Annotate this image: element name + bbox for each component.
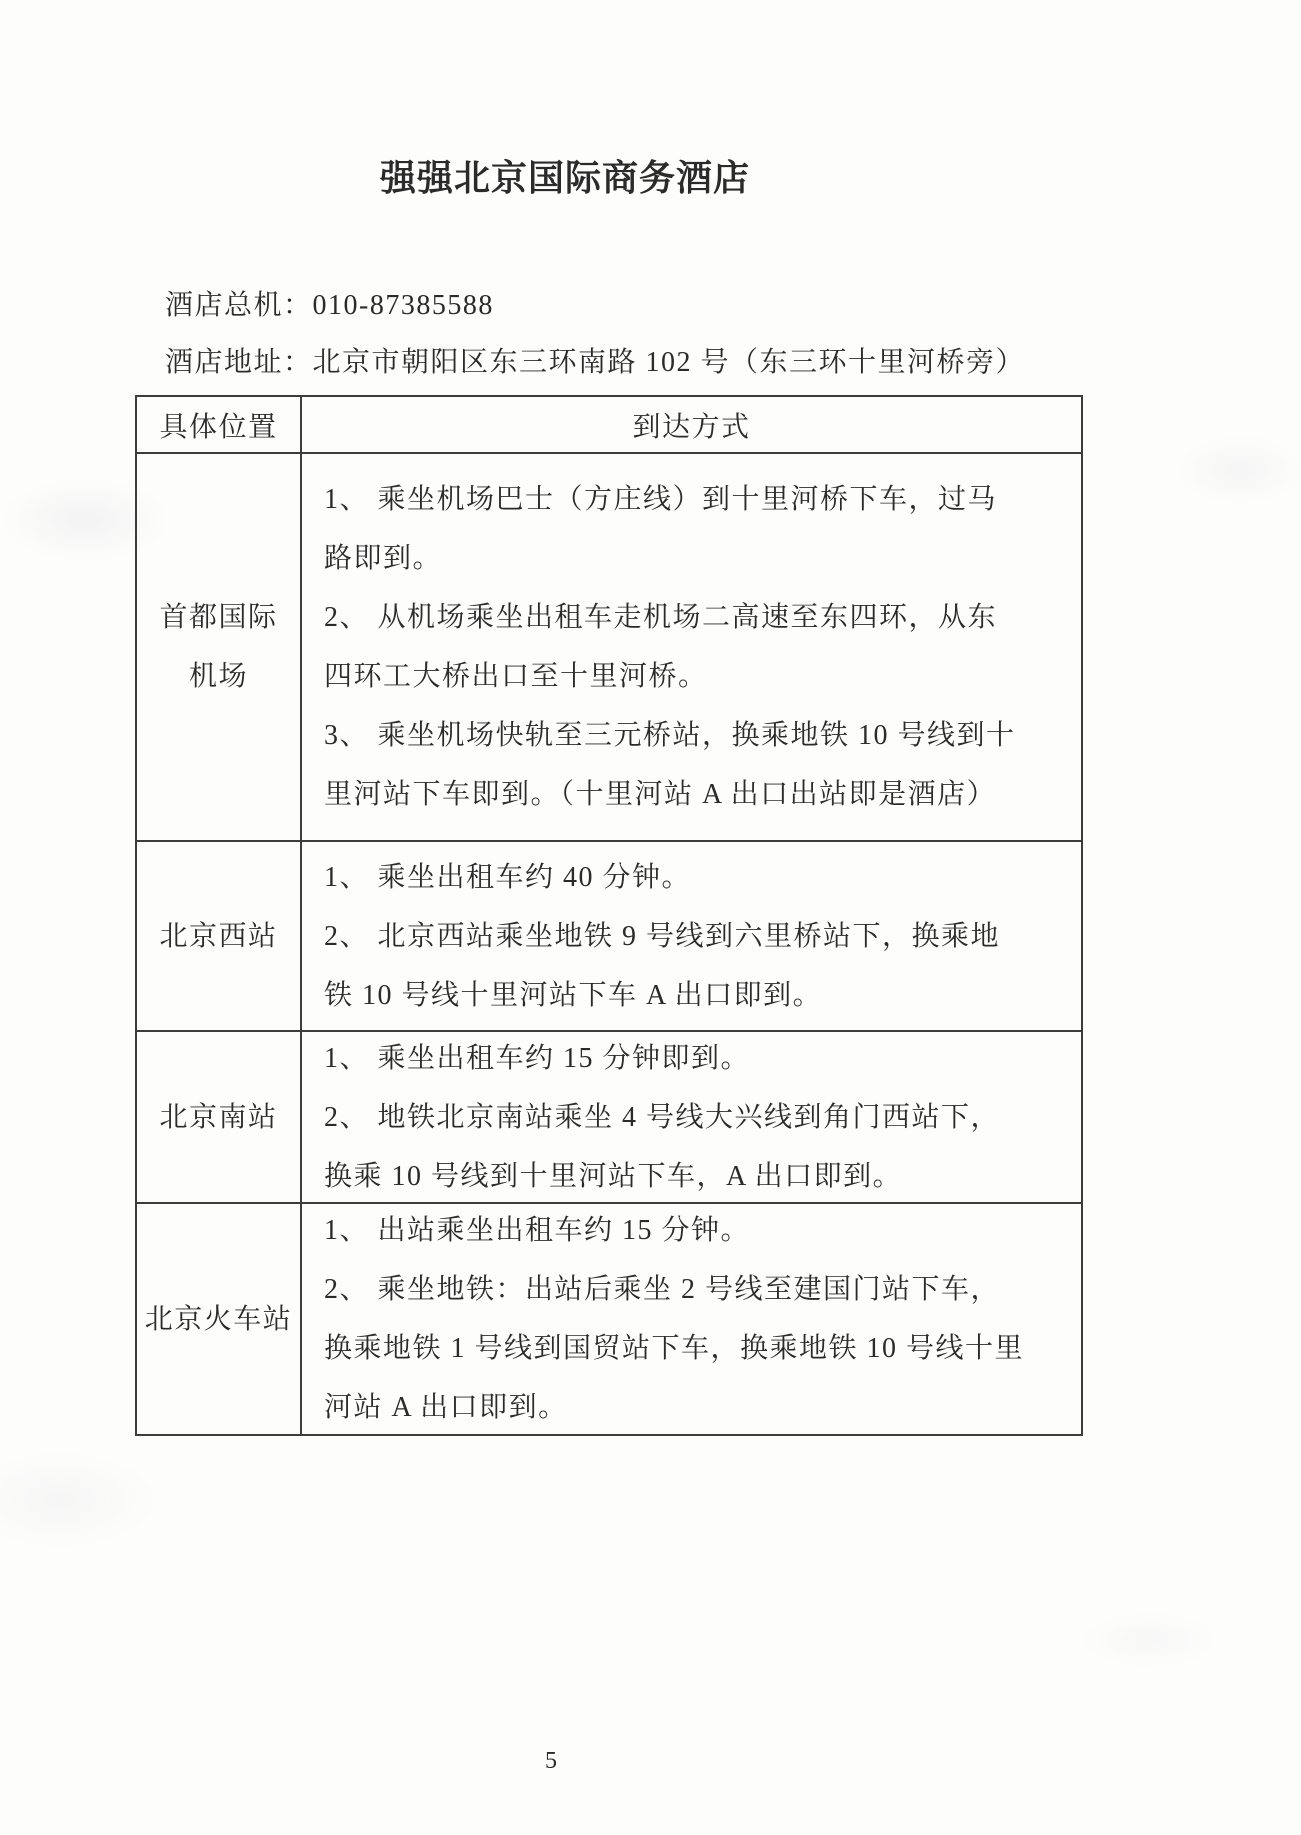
method-line: 四环工大桥出口至十里河桥。 xyxy=(324,647,1073,706)
method-line: 2、 北京西站乘坐地铁 9 号线到六里桥站下，换乘地 xyxy=(324,907,1073,966)
document-page: { "page": { "title": "强强北京国际商务酒店", "phon… xyxy=(0,0,1301,1835)
table-row: 北京南站1、 乘坐出租车约 15 分钟即到。2、 地铁北京南站乘坐 4 号线大兴… xyxy=(137,1030,1081,1202)
location-line: 首都国际 xyxy=(159,588,277,647)
method-line: 铁 10 号线十里河站下车 A 出口即到。 xyxy=(324,966,1073,1025)
location-line: 机场 xyxy=(189,647,248,706)
method-line: 2、 从机场乘坐出租车走机场二高速至东四环，从东 xyxy=(324,588,1073,647)
page-number: 5 xyxy=(545,1748,557,1775)
table-row: 北京火车站1、 出站乘坐出租车约 15 分钟。2、 乘坐地铁：出站后乘坐 2 号… xyxy=(137,1202,1081,1434)
directions-table: 具体位置 到达方式 首都国际机场1、 乘坐机场巴士（方庄线）到十里河桥下车，过马… xyxy=(135,395,1083,1436)
method-line: 1、 出站乘坐出租车约 15 分钟。 xyxy=(324,1201,1073,1260)
method-line: 换乘 10 号线到十里河站下车，A 出口即到。 xyxy=(324,1147,1073,1206)
method-line: 河站 A 出口即到。 xyxy=(324,1378,1073,1437)
method-line: 1、 乘坐出租车约 15 分钟即到。 xyxy=(324,1029,1073,1088)
method-line: 2、 乘坐地铁：出站后乘坐 2 号线至建国门站下车， xyxy=(324,1260,1073,1319)
location-line: 北京西站 xyxy=(159,907,277,966)
hotel-phone-line: 酒店总机：010-87385588 xyxy=(165,283,494,323)
method-line: 路即到。 xyxy=(324,529,1073,588)
location-line: 北京南站 xyxy=(159,1088,277,1147)
method-line: 换乘地铁 1 号线到国贸站下车，换乘地铁 10 号线十里 xyxy=(324,1319,1073,1378)
hotel-address-line: 酒店地址：北京市朝阳区东三环南路 102 号（东三环十里河桥旁） xyxy=(165,340,1025,380)
location-cell: 北京南站 xyxy=(137,1032,302,1202)
method-line: 1、 乘坐出租车约 40 分钟。 xyxy=(324,848,1073,907)
method-cell: 1、 乘坐出租车约 40 分钟。2、 北京西站乘坐地铁 9 号线到六里桥站下，换… xyxy=(302,842,1081,1030)
method-cell: 1、 乘坐机场巴士（方庄线）到十里河桥下车，过马路即到。2、 从机场乘坐出租车走… xyxy=(302,454,1081,840)
page-title: 强强北京国际商务酒店 xyxy=(380,150,750,201)
method-cell: 1、 出站乘坐出租车约 15 分钟。2、 乘坐地铁：出站后乘坐 2 号线至建国门… xyxy=(302,1204,1081,1434)
table-row: 首都国际机场1、 乘坐机场巴士（方庄线）到十里河桥下车，过马路即到。2、 从机场… xyxy=(137,452,1081,840)
header-location: 具体位置 xyxy=(137,397,302,452)
directions-table-body: 首都国际机场1、 乘坐机场巴士（方庄线）到十里河桥下车，过马路即到。2、 从机场… xyxy=(137,452,1081,1434)
method-line: 2、 地铁北京南站乘坐 4 号线大兴线到角门西站下， xyxy=(324,1088,1073,1147)
location-cell: 北京西站 xyxy=(137,842,302,1030)
method-line: 1、 乘坐机场巴士（方庄线）到十里河桥下车，过马 xyxy=(324,470,1073,529)
method-line: 里河站下车即到。（十里河站 A 出口出站即是酒店） xyxy=(324,765,1073,824)
location-cell: 首都国际机场 xyxy=(137,454,302,840)
location-cell: 北京火车站 xyxy=(137,1204,302,1434)
method-line: 3、 乘坐机场快轨至三元桥站，换乘地铁 10 号线到十 xyxy=(324,706,1073,765)
header-method: 到达方式 xyxy=(302,397,1081,452)
table-row: 北京西站1、 乘坐出租车约 40 分钟。2、 北京西站乘坐地铁 9 号线到六里桥… xyxy=(137,840,1081,1030)
table-header-row: 具体位置 到达方式 xyxy=(137,397,1081,452)
method-cell: 1、 乘坐出租车约 15 分钟即到。2、 地铁北京南站乘坐 4 号线大兴线到角门… xyxy=(302,1032,1081,1202)
location-line: 北京火车站 xyxy=(145,1290,293,1349)
